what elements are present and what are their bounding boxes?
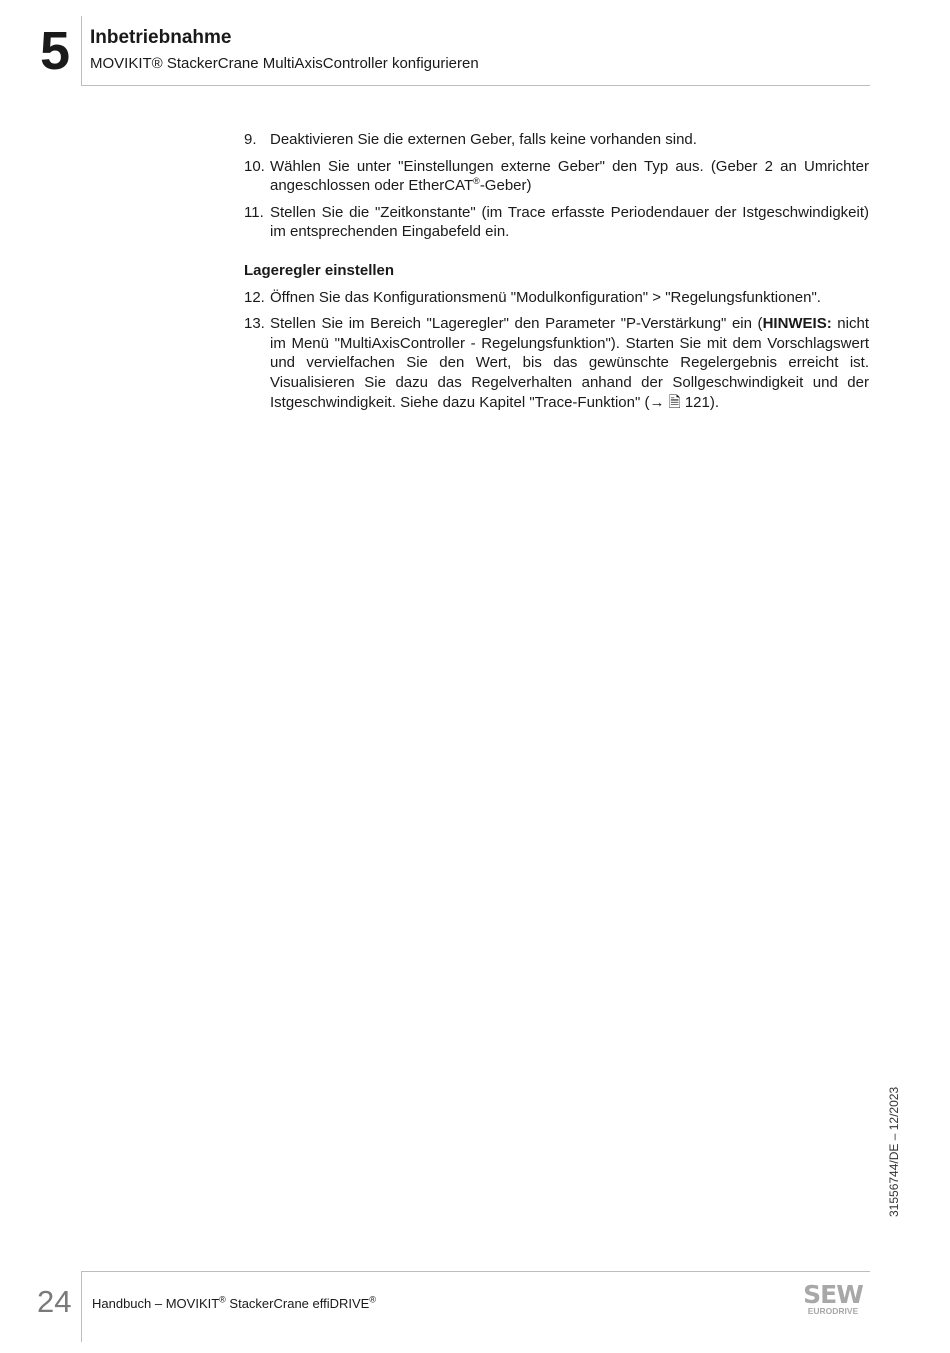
page-number: 24 [37, 1284, 71, 1320]
section-subtitle: MOVIKIT® StackerCrane MultiAxisControlle… [90, 55, 479, 72]
note-label: HINWEIS: [763, 315, 832, 332]
chapter-number: 5 [40, 24, 69, 78]
logo-sew: SEW [797, 1284, 869, 1306]
footer-title: Handbuch – MOVIKIT® StackerCrane effiDRI… [92, 1296, 376, 1311]
document-id: 31556744/DE – 12/2023 [887, 1087, 901, 1217]
step-text: Öffnen Sie das Konfigurationsmenü "Modul… [270, 289, 821, 306]
registered-mark: ® [369, 1295, 376, 1305]
step-number: 13. [244, 314, 265, 334]
chapter-title: Inbetriebnahme [90, 27, 231, 49]
page-header: Inbetriebnahme MOVIKIT® StackerCrane Mul… [81, 16, 870, 86]
step-number: 10. [244, 157, 265, 177]
step-text: Wählen Sie unter "Einstellungen externe … [270, 158, 869, 195]
logo-eurodrive: EURODRIVE [797, 1306, 869, 1316]
page-footer: Handbuch – MOVIKIT® StackerCrane effiDRI… [81, 1271, 870, 1342]
registered-mark: ® [473, 176, 480, 186]
list-item-step-10: 10. Wählen Sie unter "Einstellungen exte… [244, 157, 869, 196]
list-item-step-9: 9. Deaktivieren Sie die externen Geber, … [244, 130, 869, 150]
footer-text-part: StackerCrane effiDRIVE [226, 1296, 370, 1311]
list-item-step-11: 11. Stellen Sie die "Zeitkonstante" (im … [244, 203, 869, 242]
list-item-step-13: 13. Stellen Sie im Bereich "Lageregler" … [244, 314, 869, 412]
step-text: Stellen Sie im Bereich "Lageregler" den … [270, 315, 763, 332]
step-number: 12. [244, 288, 265, 308]
step-number: 11. [244, 203, 264, 223]
step-number: 9. [244, 130, 257, 150]
step-text-cont: -Geber) [480, 177, 532, 194]
step-text: Deaktivieren Sie die externen Geber, fal… [270, 131, 697, 148]
list-item-step-12: 12. Öffnen Sie das Konfigurationsmenü "M… [244, 288, 869, 308]
footer-text-part: Handbuch – MOVIKIT [92, 1296, 219, 1311]
main-content: 9. Deaktivieren Sie die externen Geber, … [244, 130, 869, 419]
registered-mark: ® [219, 1295, 226, 1305]
step-text: Stellen Sie die "Zeitkonstante" (im Trac… [270, 204, 869, 241]
sew-eurodrive-logo: SEW EURODRIVE [797, 1284, 869, 1316]
section-heading: Lageregler einstellen [244, 261, 869, 281]
